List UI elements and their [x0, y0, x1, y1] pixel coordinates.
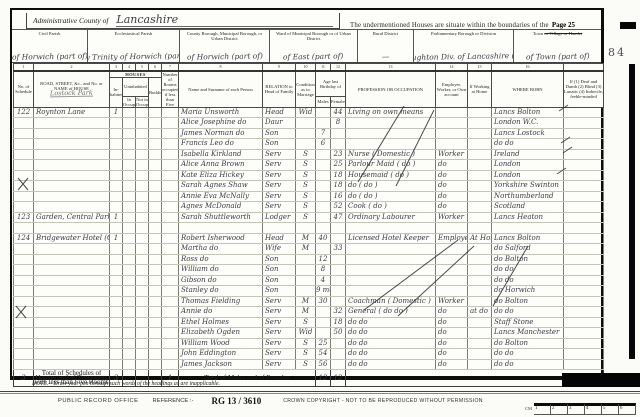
cell-born: London	[492, 170, 564, 181]
cell-inf	[564, 202, 604, 213]
cell-born: Ireland	[492, 149, 564, 160]
civil-parish-box: Civil Parish of Horwich (part of)	[12, 30, 88, 62]
cell-inh	[110, 244, 123, 255]
cell-sch	[14, 296, 34, 307]
cell-bld	[149, 170, 162, 181]
table-row: 124Bridgewater Hotel (Chorley New Rd)1Ro…	[14, 233, 604, 244]
cell-m	[316, 202, 331, 213]
cell-f: 32	[331, 307, 346, 318]
cell-emp	[436, 139, 468, 150]
cell-emp	[436, 128, 468, 139]
cell-inh	[110, 359, 123, 370]
cell-bld	[149, 107, 162, 118]
col-number: 8	[179, 64, 263, 71]
cell-street	[34, 170, 110, 181]
cell-born: do do	[492, 359, 564, 370]
cell-u2	[136, 170, 149, 181]
cell-cond: S	[296, 338, 316, 349]
cell-inf	[564, 107, 604, 118]
cell-cond	[296, 128, 316, 139]
cell-street	[34, 296, 110, 307]
cell-f: 18	[331, 181, 346, 192]
table-row: Annie doServM32General ( do do )doat dod…	[14, 307, 604, 318]
cell-cond: S	[296, 170, 316, 181]
cell-occ: Ordinary Labourer	[346, 212, 436, 223]
cell-f: 25	[331, 160, 346, 171]
cell-inh	[110, 296, 123, 307]
col-number: 12	[331, 64, 346, 71]
cell-occ: do do	[346, 338, 436, 349]
cell-emp: do	[436, 202, 468, 213]
cell-f	[331, 128, 346, 139]
cell-inf	[564, 128, 604, 139]
cell-cond: M	[296, 233, 316, 244]
table-row: Sarah Agnes ShawServS18do ( do )doYorksh…	[14, 181, 604, 192]
cell-born: do do	[492, 265, 564, 276]
cell-name: Alice Anna Brown	[179, 160, 263, 171]
cell-u2	[136, 328, 149, 339]
table-row: 123Garden, Central Park1Sarah Shuttlewor…	[14, 212, 604, 223]
cell-m	[316, 307, 331, 318]
cell-street	[34, 139, 110, 150]
cell-inf	[564, 223, 604, 234]
pro-copyright-label: CROWN COPYRIGHT - NOT TO BE REPRODUCED W…	[283, 398, 483, 404]
ecclesiastical-parish-value: Holy Trinity of Horwich (part of)	[88, 52, 180, 62]
cell-sch	[14, 275, 34, 286]
cell-cond	[296, 265, 316, 276]
cell-rooms	[162, 191, 179, 202]
cell-bld	[149, 191, 162, 202]
cell-home	[468, 118, 492, 129]
cell-cond: S	[296, 191, 316, 202]
cell-home: at do	[468, 307, 492, 318]
cell-occ: do do	[346, 349, 436, 360]
cell-home	[468, 338, 492, 349]
cell-rel: Son	[263, 275, 296, 286]
rural-district-box: Rural District —	[358, 30, 414, 62]
cell-f	[331, 233, 346, 244]
cell-born: Scotland	[492, 202, 564, 213]
county-borough-box: County Borough, Municipal Borough, or Ur…	[180, 30, 270, 62]
cell-street	[34, 128, 110, 139]
cell-rel	[263, 223, 296, 234]
cell-inh: 1	[110, 212, 123, 223]
cell-inf	[564, 275, 604, 286]
col-number: 15	[468, 64, 492, 71]
col-home-header: If Working at Home	[468, 71, 492, 108]
cell-street	[34, 223, 110, 234]
cell-u2	[136, 296, 149, 307]
cell-emp: Employer	[436, 233, 468, 244]
cell-u1	[123, 296, 136, 307]
cell-occ: Parlour Maid ( do )	[346, 160, 436, 171]
cell-u2	[136, 160, 149, 171]
cell-rooms	[162, 359, 179, 370]
cell-rooms	[162, 202, 179, 213]
col-street-header: ROAD, STREET, &c., and No. or NAME of HO…	[34, 71, 110, 108]
cell-street	[34, 181, 110, 192]
cell-bld	[149, 338, 162, 349]
cell-occ: do do	[346, 317, 436, 328]
cell-bld	[149, 212, 162, 223]
ward-value: of East (part of)	[283, 52, 343, 61]
cell-occ	[346, 139, 436, 150]
cell-emp: Worker	[436, 212, 468, 223]
cell-f: 33	[331, 244, 346, 255]
cell-inf	[564, 349, 604, 360]
cell-bld	[149, 160, 162, 171]
cell-sch	[14, 338, 34, 349]
cell-home	[468, 349, 492, 360]
civil-parish-value: of Horwich (part of)	[12, 52, 88, 61]
cell-emp	[436, 223, 468, 234]
cell-born	[492, 223, 564, 234]
cell-emp	[436, 107, 468, 118]
cell-inf	[564, 149, 604, 160]
table-row: William WoodServS25do dododo Bolton	[14, 338, 604, 349]
cell-born: Staff Stone	[492, 317, 564, 328]
cell-street	[34, 202, 110, 213]
table-row: Agnes McDonaldServS52Cook ( do )doScotla…	[14, 202, 604, 213]
cell-f	[331, 286, 346, 297]
civil-parish-label: Civil Parish	[39, 31, 61, 36]
cell-street	[34, 338, 110, 349]
col-number: 1	[14, 64, 34, 71]
cell-inh: 1	[110, 107, 123, 118]
col-name-header: Name and Surname of each Person	[179, 71, 263, 108]
archive-stamp: 84	[608, 46, 626, 59]
ward-label: Ward of Municipal Borough or of Urban Di…	[271, 31, 356, 41]
parliamentary-borough-label: Parliamentary Borough or Division	[431, 31, 496, 36]
cell-street	[34, 328, 110, 339]
cell-occ: do do	[346, 359, 436, 370]
cell-bld	[149, 286, 162, 297]
cell-u1	[123, 286, 136, 297]
cell-u2	[136, 181, 149, 192]
cell-u1	[123, 359, 136, 370]
cell-occ	[346, 118, 436, 129]
county-borough-label: County Borough, Municipal Borough, or Ur…	[181, 31, 268, 41]
cell-rel: Serv	[263, 338, 296, 349]
cell-name: Ross do	[179, 254, 263, 265]
ruler-mark: 6	[619, 403, 636, 415]
cell-inh	[110, 223, 123, 234]
table-row: James JacksonServS56do dododo do	[14, 359, 604, 370]
cell-f: 44	[331, 107, 346, 118]
cell-u2	[136, 307, 149, 318]
cell-rel: Serv	[263, 349, 296, 360]
cell-emp	[436, 254, 468, 265]
cell-u1	[123, 107, 136, 118]
col-schedule-header: No. of Schedule	[14, 71, 34, 108]
cell-cond: M	[296, 296, 316, 307]
cell-inh	[110, 202, 123, 213]
cell-u2	[136, 233, 149, 244]
cell-rooms	[162, 160, 179, 171]
cell-u2	[136, 212, 149, 223]
table-row: 122Roynton Lane1Maria UnsworthHeadWid44L…	[14, 107, 604, 118]
cell-m	[316, 107, 331, 118]
cell-inf	[564, 191, 604, 202]
cell-u2	[136, 128, 149, 139]
cell-emp	[436, 286, 468, 297]
cell-rooms	[162, 265, 179, 276]
cell-home	[468, 275, 492, 286]
cell-rooms	[162, 139, 179, 150]
cell-m: 6	[316, 139, 331, 150]
cell-u2	[136, 244, 149, 255]
cell-u1	[123, 118, 136, 129]
form-title: The undermentioned Houses are situate wi…	[350, 22, 549, 29]
cell-rooms	[162, 118, 179, 129]
cell-sch	[14, 254, 34, 265]
cell-f: 18	[331, 317, 346, 328]
cell-u1	[123, 244, 136, 255]
cell-bld	[149, 349, 162, 360]
cell-cond	[296, 254, 316, 265]
cell-rooms	[162, 296, 179, 307]
cell-occ: General ( do do )	[346, 307, 436, 318]
cell-born: Yorkshire Swinton	[492, 181, 564, 192]
cell-u1	[123, 170, 136, 181]
table-row: Francis Leo doSon6do do	[14, 139, 604, 150]
cell-born: Lancs Manchester	[492, 328, 564, 339]
col-number: 7	[162, 64, 179, 71]
cell-street	[34, 349, 110, 360]
cell-u1	[123, 317, 136, 328]
cell-m: 12	[316, 254, 331, 265]
cell-name: Maria Unsworth	[179, 107, 263, 118]
cell-inf	[564, 139, 604, 150]
cell-inh	[110, 265, 123, 276]
cell-occ: Living on own means	[346, 107, 436, 118]
cell-m: 7	[316, 128, 331, 139]
table-row: William doSon8do do	[14, 265, 604, 276]
cell-u1	[123, 328, 136, 339]
cell-rel: Son	[263, 286, 296, 297]
col-relation-header: RELATION to Head of Family	[263, 71, 296, 108]
table-row: John EddingtonServS54do dododo do	[14, 349, 604, 360]
cell-m: 4	[316, 275, 331, 286]
cell-f: 47	[331, 212, 346, 223]
cell-u1	[123, 128, 136, 139]
cell-occ	[346, 265, 436, 276]
scale-ruler: CM 123456	[525, 403, 636, 415]
census-table-body: 122Roynton Lane1Maria UnsworthHeadWid44L…	[14, 107, 604, 370]
cell-name: William do	[179, 265, 263, 276]
cell-rel: Serv	[263, 149, 296, 160]
table-row: Ethel HolmesServS18do dodoStaff Stone	[14, 317, 604, 328]
cell-f: 23	[331, 149, 346, 160]
cell-emp: do	[436, 191, 468, 202]
cell-bld	[149, 181, 162, 192]
table-row: Isabella KirklandServS23Nurse ( Domestic…	[14, 149, 604, 160]
cell-name: Kate Eliza Hickey	[179, 170, 263, 181]
table-row: Gibson doSon4do do	[14, 275, 604, 286]
cell-street	[34, 359, 110, 370]
cell-m: 25	[316, 338, 331, 349]
cell-occ	[346, 223, 436, 234]
cell-street	[34, 275, 110, 286]
cell-occ	[346, 128, 436, 139]
cell-rel: Wife	[263, 244, 296, 255]
cell-name: Alice Josephine do	[179, 118, 263, 129]
cell-born: do do	[492, 275, 564, 286]
admin-county-label: Administrative County of	[33, 16, 108, 25]
cell-cond	[296, 286, 316, 297]
cell-name: Martha do	[179, 244, 263, 255]
cell-emp	[436, 265, 468, 276]
cell-inh	[110, 181, 123, 192]
cell-emp: do	[436, 317, 468, 328]
cell-bld	[149, 233, 162, 244]
cell-cond: M	[296, 307, 316, 318]
cell-home	[468, 212, 492, 223]
cell-sch	[14, 170, 34, 181]
cell-f: 52	[331, 202, 346, 213]
ruler-mark: 4	[585, 403, 602, 415]
cell-occ: Nurse ( Domestic )	[346, 149, 436, 160]
parliamentary-borough-box: Parliamentary Borough or Division Westho…	[414, 30, 514, 62]
cell-u2	[136, 149, 149, 160]
total-males-value: 12	[316, 370, 331, 387]
cell-cond	[296, 118, 316, 129]
scan-artifact-bottom-right	[562, 373, 640, 387]
cell-cond: S	[296, 160, 316, 171]
col-number: 16	[492, 64, 564, 71]
cell-sch: 122	[14, 107, 34, 118]
town-label: Town or Village or Hamlet	[533, 31, 582, 36]
cell-sch	[14, 118, 34, 129]
cell-f: 16	[331, 191, 346, 202]
col-occupation-header: PROFESSION OR OCCUPATION	[346, 71, 436, 108]
cell-u1	[123, 233, 136, 244]
cell-rooms	[162, 317, 179, 328]
cell-sch	[14, 181, 34, 192]
cell-u1	[123, 181, 136, 192]
cell-rooms	[162, 244, 179, 255]
cell-inf	[564, 307, 604, 318]
cell-emp: do	[436, 349, 468, 360]
cell-u1	[123, 265, 136, 276]
cell-rooms	[162, 307, 179, 318]
page-number-label: Page 25	[552, 21, 575, 29]
table-row: Kate Eliza HickeyServS18Housemaid ( do )…	[14, 170, 604, 181]
town-value: of Town (part of)	[526, 52, 590, 61]
cell-home	[468, 181, 492, 192]
cell-sch	[14, 149, 34, 160]
cell-u2	[136, 349, 149, 360]
cell-street	[34, 265, 110, 276]
cell-m: 9 mo	[316, 286, 331, 297]
cell-home	[468, 359, 492, 370]
cell-sch	[14, 139, 34, 150]
cell-inh	[110, 191, 123, 202]
cell-sch	[14, 202, 34, 213]
cell-inf	[564, 265, 604, 276]
cell-inf	[564, 244, 604, 255]
cell-m	[316, 181, 331, 192]
cell-cond: S	[296, 212, 316, 223]
cell-name: John Eddington	[179, 349, 263, 360]
cell-rel: Serv	[263, 170, 296, 181]
cell-sch	[14, 349, 34, 360]
cell-sch	[14, 191, 34, 202]
cell-u2	[136, 317, 149, 328]
cell-f	[331, 296, 346, 307]
table-row: Alice Anna BrownServS25Parlour Maid ( do…	[14, 160, 604, 171]
cell-m	[316, 160, 331, 171]
total-females-value: 12	[331, 370, 346, 387]
cell-u2	[136, 275, 149, 286]
ward-box: Ward of Municipal Borough or of Urban Di…	[270, 30, 358, 62]
col-females-header: Females	[331, 96, 346, 107]
cell-u2	[136, 202, 149, 213]
cell-emp: do	[436, 160, 468, 171]
locality-boxes: Civil Parish of Horwich (part of) Eccles…	[12, 30, 601, 63]
cell-sch	[14, 223, 34, 234]
cell-bld	[149, 359, 162, 370]
cell-name: Annie do	[179, 307, 263, 318]
footer-note: NOTE.—Draw your pen through such words o…	[32, 381, 220, 387]
cell-m	[316, 212, 331, 223]
cell-occ: Housemaid ( do )	[346, 170, 436, 181]
cell-name: Agnes McDonald	[179, 202, 263, 213]
cell-rooms	[162, 275, 179, 286]
cell-inh	[110, 149, 123, 160]
cell-occ: Licensed Hotel Keeper	[346, 233, 436, 244]
cell-cond: M	[296, 244, 316, 255]
col-inhabited-header: In-habited	[110, 77, 123, 107]
cell-home	[468, 160, 492, 171]
cell-u1	[123, 307, 136, 318]
cell-rooms	[162, 286, 179, 297]
cell-u2	[136, 286, 149, 297]
col-number: 10	[296, 64, 316, 71]
document-page: { "page": { "stamp": "84", "page_label":…	[0, 0, 640, 417]
cell-born: do Horwich	[492, 286, 564, 297]
cell-occ: Cook ( do )	[346, 202, 436, 213]
cell-born: London W.C.	[492, 118, 564, 129]
cell-inh	[110, 307, 123, 318]
col-males-header: Males	[316, 96, 331, 107]
cell-inf	[564, 181, 604, 192]
cell-sch: 123	[14, 212, 34, 223]
cell-sch	[14, 328, 34, 339]
cell-inf	[564, 338, 604, 349]
table-row: Annie Eva McNallyServS16do ( do )doNorth…	[14, 191, 604, 202]
col-rooms-header: Number of Rooms occupied if less than Fi…	[162, 71, 179, 108]
pro-reference-number: RG 13 / 3610	[211, 396, 261, 406]
cell-f: 18	[331, 170, 346, 181]
cell-home	[468, 139, 492, 150]
cell-emp: Worker	[436, 296, 468, 307]
cell-street	[34, 317, 110, 328]
county-borough-value: of Horwich (part of)	[186, 52, 262, 61]
cell-sch	[14, 359, 34, 370]
town-label-struck: or Village or Hamlet	[544, 31, 582, 36]
cell-emp: do	[436, 307, 468, 318]
cell-m	[316, 328, 331, 339]
cell-home	[468, 254, 492, 265]
col-employer-header: Employer, Worker, or Own account	[436, 71, 468, 108]
cell-rooms	[162, 223, 179, 234]
cell-m	[316, 317, 331, 328]
cell-rel: Head	[263, 107, 296, 118]
cell-name: Elizabeth Ogden	[179, 328, 263, 339]
cell-inf	[564, 328, 604, 339]
cell-rel: Serv	[263, 202, 296, 213]
